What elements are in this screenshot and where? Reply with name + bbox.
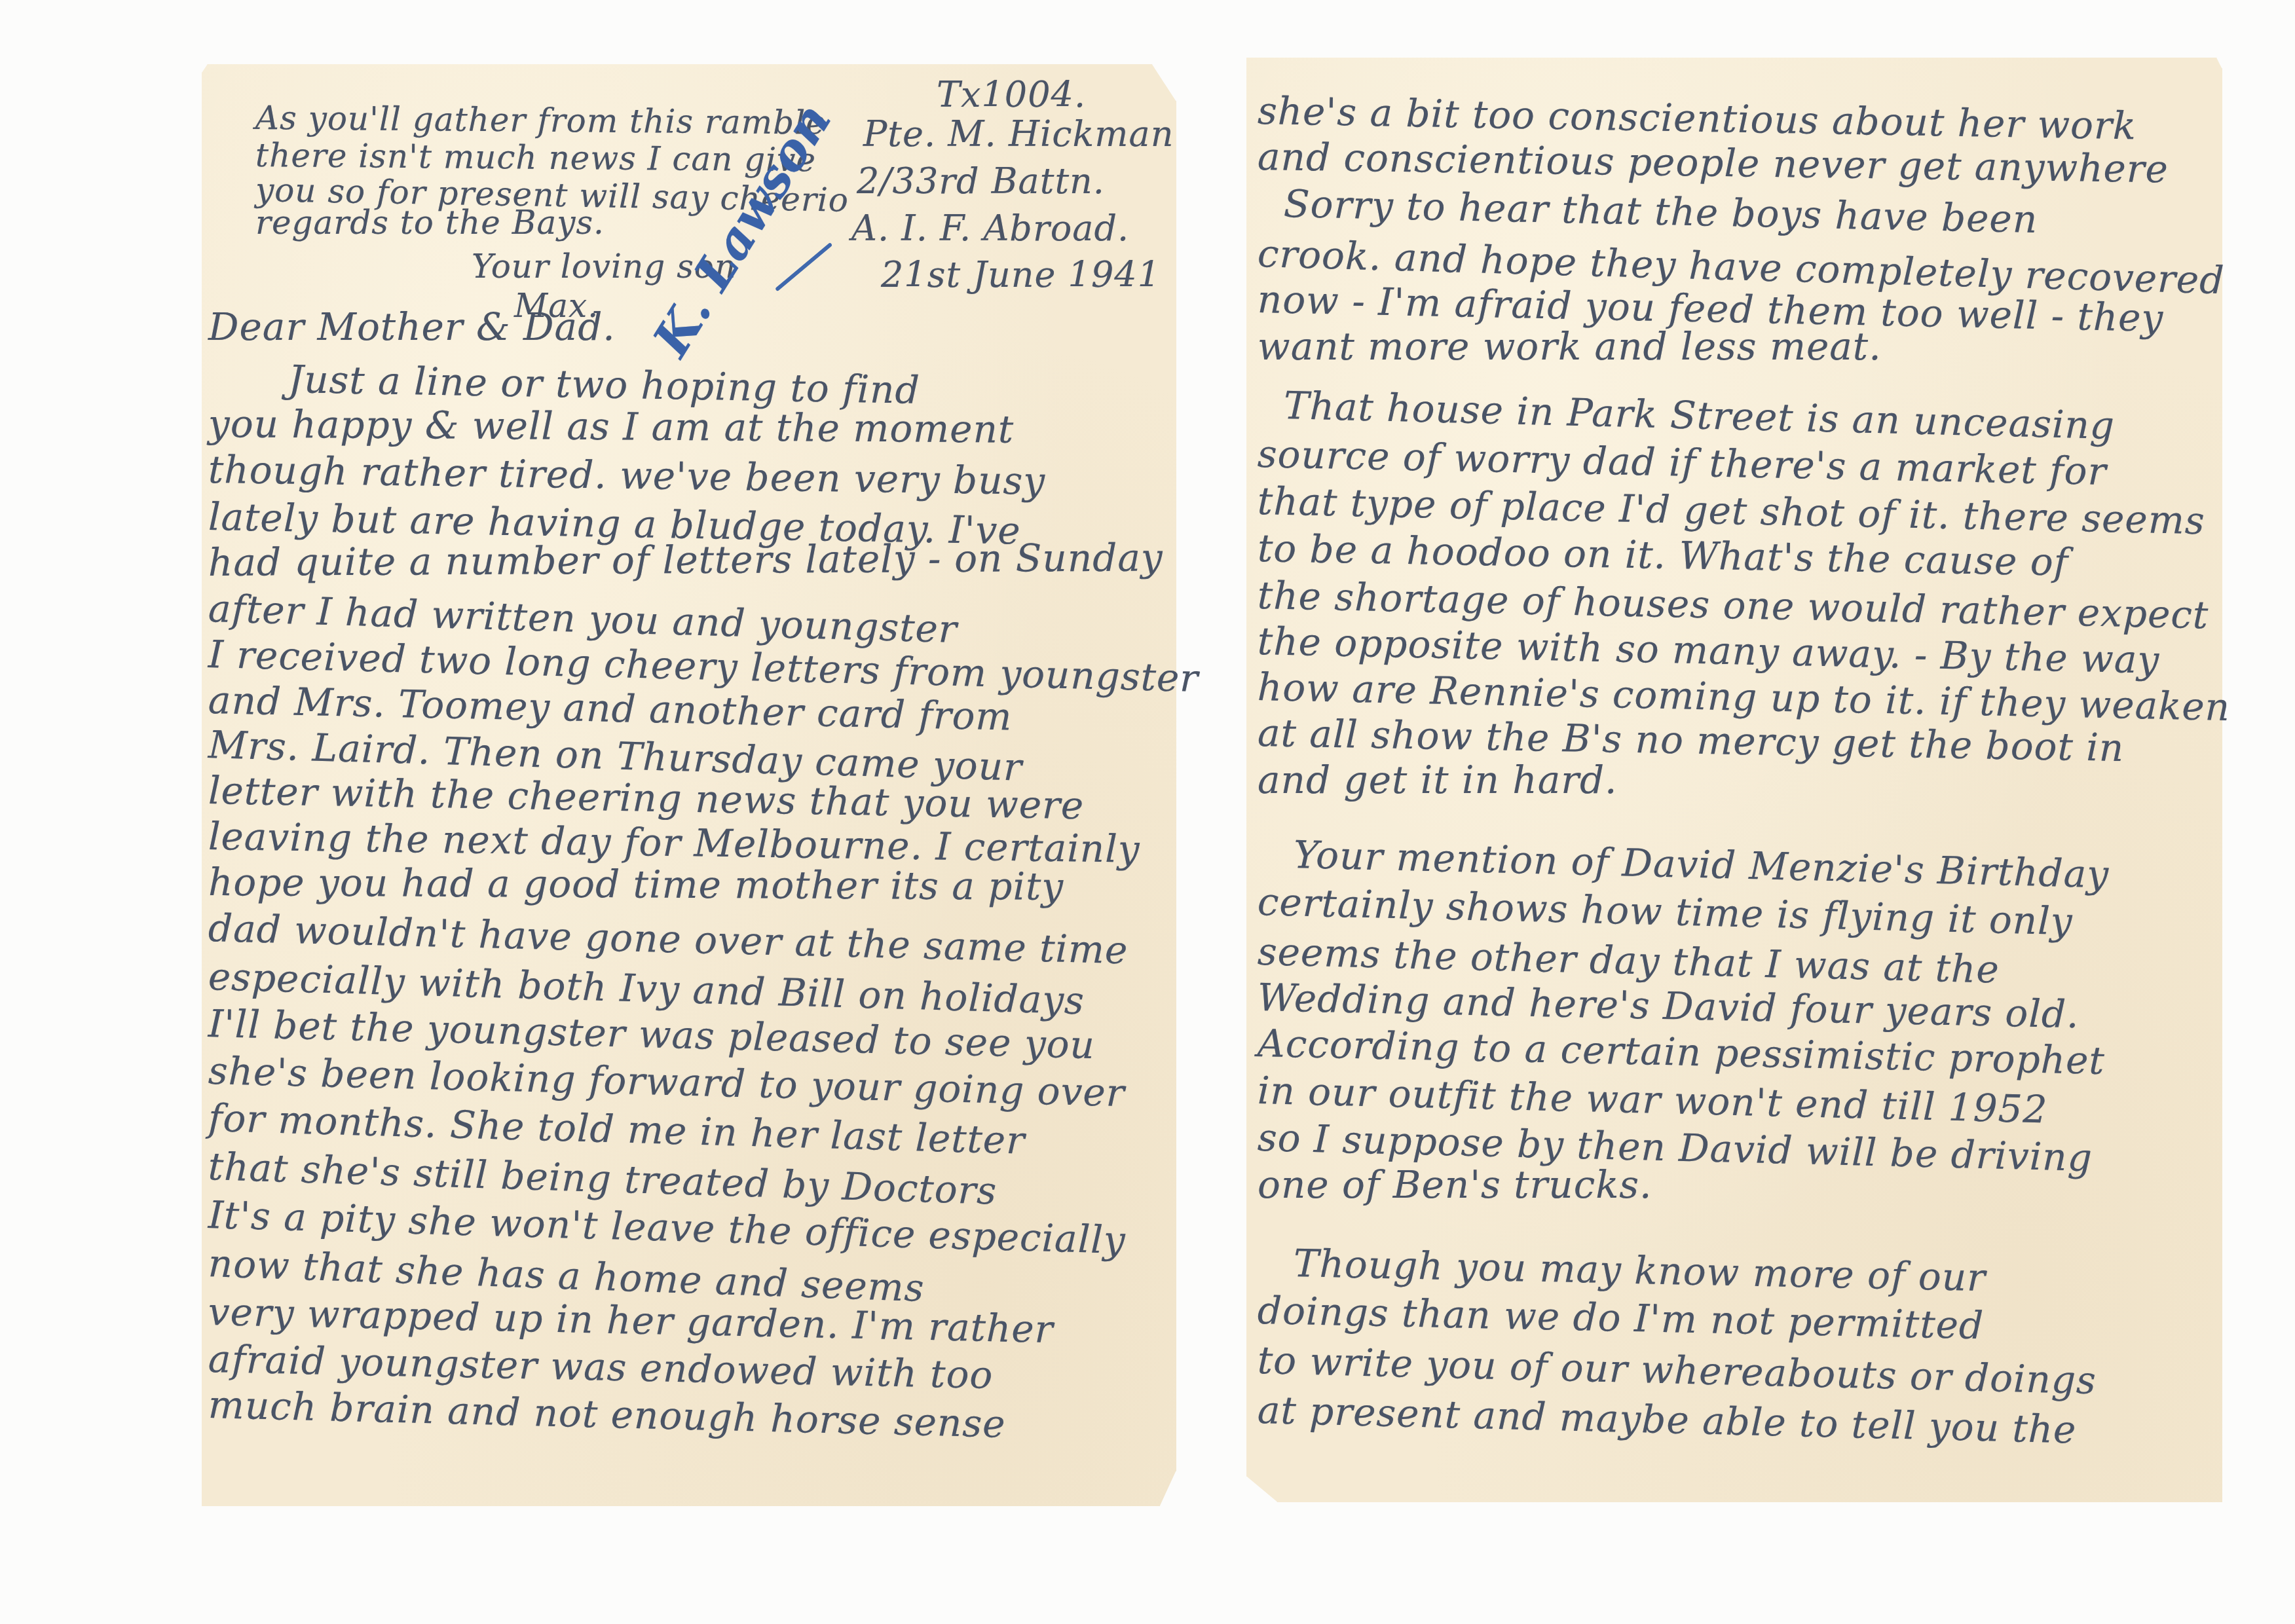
postscript-line: regards to the Bays. bbox=[255, 206, 605, 239]
body-line: and get it in hard. bbox=[1258, 761, 1618, 799]
postscript-line: As you'll gather from this ramble bbox=[255, 101, 826, 139]
body-line: want more work and less meat. bbox=[1258, 327, 1882, 365]
salutation: Dear Mother & Dad. bbox=[208, 308, 616, 346]
body-line: had quite a number of letters lately - o… bbox=[208, 538, 1163, 581]
postscript-line: there isn't much news I can give bbox=[255, 139, 817, 176]
body-line: one of Ben's trucks. bbox=[1258, 1166, 1652, 1204]
sender-location: A. I. F. Abroad. bbox=[851, 211, 1129, 246]
body-line: and conscientious people never get anywh… bbox=[1258, 138, 2169, 188]
letter-date: 21st June 1941 bbox=[881, 257, 1161, 293]
body-line: Just a line or two hoping to find bbox=[288, 360, 920, 409]
body-line: you happy & well as I am at the moment bbox=[208, 405, 1015, 449]
service-number: Tx1004. bbox=[937, 77, 1086, 113]
sender-name: Pte. M. Hickman bbox=[863, 117, 1174, 152]
sender-unit: 2/33rd Battn. bbox=[857, 164, 1105, 199]
body-line: though rather tired. we've been very bus… bbox=[208, 451, 1046, 500]
body-line: hope you had a good time mother its a pi… bbox=[208, 863, 1064, 906]
